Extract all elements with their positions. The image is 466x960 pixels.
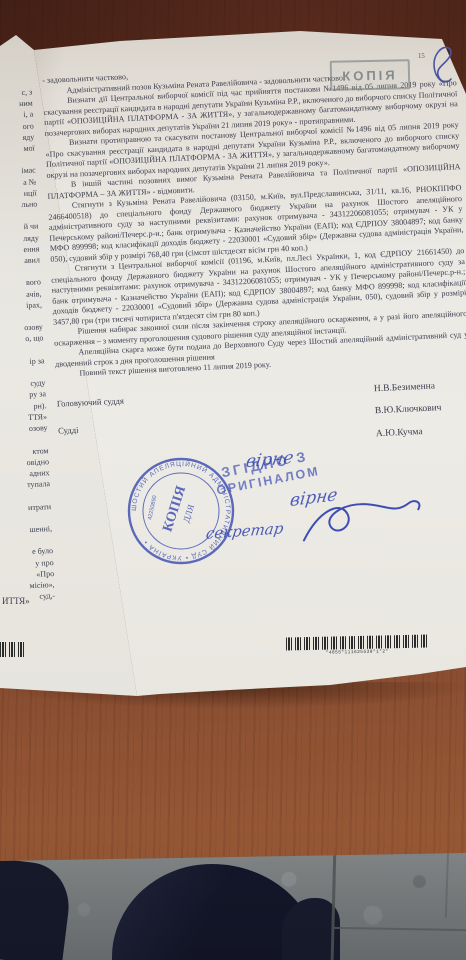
tile-seam — [334, 927, 466, 931]
left-page-bottom-fragment: ИТТЯ» — [2, 596, 30, 606]
tile-seam — [445, 848, 449, 918]
left-page-barcode — [0, 642, 27, 657]
presiding-judge-label: Головуючий суддя — [57, 395, 124, 409]
photo-of-court-document: с, знимі, аогоядумої імаса №нціїльно й ч… — [0, 0, 466, 960]
judges-label: Судді — [58, 423, 125, 437]
tile-floor — [0, 848, 466, 960]
judge-role-labels: Головуючий суддя Судді — [57, 395, 126, 453]
document-barcode: *4855*111625539*1*2* — [286, 635, 428, 657]
judge-name: Н.В.Безименна — [374, 381, 441, 395]
seal-code: 42250890 — [147, 495, 158, 521]
judge-name: В.Ю.Ключкович — [375, 403, 442, 417]
page-number: 15 — [418, 53, 425, 60]
copy-rect-stamp: КОПІЯ — [330, 59, 411, 91]
signature-flourish — [298, 490, 430, 548]
court-decision-text: - задовольнити частково, Адміністративни… — [42, 57, 466, 453]
leg-shape — [0, 857, 74, 960]
judge-names: Н.В.Безименна В.Ю.Ключкович А.Ю.Кучма — [374, 381, 443, 439]
pen-mark-icon — [427, 44, 459, 86]
